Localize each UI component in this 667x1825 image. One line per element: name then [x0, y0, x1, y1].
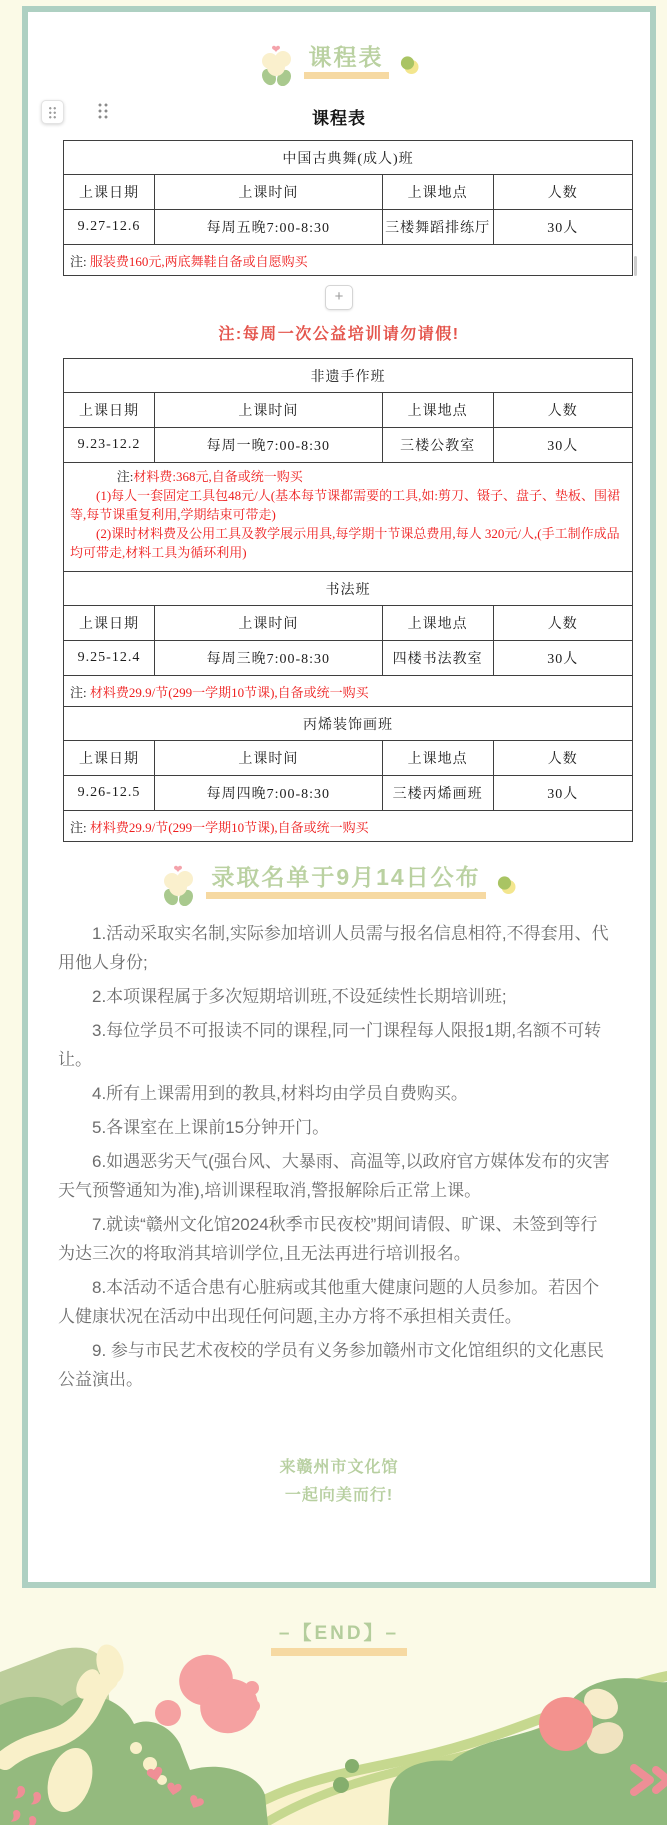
col-header-date: 上课日期	[64, 741, 155, 776]
col-header-count: 人数	[493, 175, 632, 210]
class-date: 9.23-12.2	[64, 428, 155, 463]
col-header-count: 人数	[493, 741, 632, 776]
class-time: 每周五晚7:00-8:30	[155, 210, 383, 245]
rule-item-8: 8.本活动不适合患有心脏病或其他重大健康问题的人员参加。若因个人健康状况在活动中…	[58, 1273, 614, 1331]
closing-line-2: 一起向美而行!	[28, 1482, 650, 1510]
document-title: 课程表	[28, 104, 650, 129]
section-title-schedule: 课程表	[304, 42, 389, 79]
note-extra-2: (2)课时材料费及公用工具及教学展示用具,每学期十节课总费用,每人 320元/人…	[70, 524, 626, 562]
course-table-dance: 中国古典舞(成人)班 上课日期 上课时间 上课地点 人数 9.27-12.6 每…	[63, 140, 633, 276]
table-row: 上课日期 上课时间 上课地点 人数	[64, 741, 633, 776]
class-date: 9.25-12.4	[64, 641, 155, 676]
table-row: 注: 材料费29.9/节(299一学期10节课),自备或统一购买	[64, 811, 633, 842]
class-place: 三楼公教室	[382, 428, 493, 463]
note-text: 材料费29.9/节(299一学期10节课),自备或统一购买	[90, 820, 369, 835]
class-time: 每周三晚7:00-8:30	[155, 641, 383, 676]
class-place: 三楼舞蹈排练厅	[382, 210, 493, 245]
col-header-date: 上课日期	[64, 393, 155, 428]
class-place: 四楼书法教室	[382, 641, 493, 676]
table-row: 注:材料费:368元,自备或统一购买 (1)每人一套固定工具包48元/人(基本每…	[64, 463, 633, 572]
decorated-heading-schedule: 课程表	[28, 12, 650, 91]
drag-handle-icon[interactable]	[97, 102, 109, 119]
class-date: 9.26-12.5	[64, 776, 155, 811]
table-row: 非遗手作班	[64, 359, 633, 393]
section-title-admission: 录取名单于9月14日公布	[206, 862, 485, 899]
weekly-notice: 注:每周一次公益培训请勿请假!	[28, 321, 650, 344]
table-row: 9.25-12.4 每周三晚7:00-8:30 四楼书法教室 30人	[64, 641, 633, 676]
note-label: 注:	[70, 254, 87, 269]
course-table-multi: 非遗手作班 上课日期 上课时间 上课地点 人数 9.23-12.2 每周一晚7:…	[63, 358, 633, 842]
class-title: 非遗手作班	[64, 359, 633, 393]
col-header-time: 上课时间	[155, 175, 383, 210]
scrollbar-thumb[interactable]	[634, 256, 637, 276]
footer-illustration	[0, 1588, 667, 1825]
table-row: 中国古典舞(成人)班	[64, 141, 633, 175]
note-extra-1: (1)每人一套固定工具包48元/人(基本每节课都需要的工具,如:剪刀、镊子、盘子…	[70, 486, 626, 524]
class-note: 注:材料费:368元,自备或统一购买 (1)每人一套固定工具包48元/人(基本每…	[64, 463, 633, 572]
class-time: 每周四晚7:00-8:30	[155, 776, 383, 811]
class-title: 丙烯装饰画班	[64, 707, 633, 741]
drag-handle-button[interactable]	[41, 100, 64, 124]
rule-item-5: 5.各课室在上课前15分钟开门。	[58, 1113, 614, 1142]
note-label: 注:	[117, 469, 134, 484]
table-row: 9.27-12.6 每周五晚7:00-8:30 三楼舞蹈排练厅 30人	[64, 210, 633, 245]
class-note: 注: 材料费29.9/节(299一学期10节课),自备或统一购买	[64, 676, 633, 707]
table-row: 上课日期 上课时间 上课地点 人数	[64, 393, 633, 428]
rule-item-7: 7.就读“赣州文化馆2024秋季市民夜校”期间请假、旷课、未签到等行为达三次的将…	[58, 1210, 614, 1268]
note-text: 材料费29.9/节(299一学期10节课),自备或统一购买	[90, 685, 369, 700]
col-header-place: 上课地点	[382, 606, 493, 641]
class-title: 中国古典舞(成人)班	[64, 141, 633, 175]
col-header-date: 上课日期	[64, 606, 155, 641]
class-title: 书法班	[64, 572, 633, 606]
rule-item-6: 6.如遇恶劣天气(强台风、大暴雨、高温等,以政府官方媒体发布的灾害天气预警通知为…	[58, 1147, 614, 1205]
note-label: 注:	[70, 685, 87, 700]
col-header-date: 上课日期	[64, 175, 155, 210]
class-time: 每周一晚7:00-8:30	[155, 428, 383, 463]
table-row: 注: 材料费29.9/节(299一学期10节课),自备或统一购买	[64, 676, 633, 707]
table-row: 9.23-12.2 每周一晚7:00-8:30 三楼公教室 30人	[64, 428, 633, 463]
rule-item-1: 1.活动采取实名制,实际参加培训人员需与报名信息相符,不得套用、代用他人身份;	[58, 919, 614, 977]
drag-dots-icon	[48, 106, 57, 119]
article-page: 课程表 课程表 中国古典舞(成人)班	[0, 0, 667, 1825]
note-text: 服装费160元,两底舞鞋自备或自愿购买	[90, 254, 308, 269]
class-count: 30人	[493, 210, 632, 245]
dot-icon	[398, 54, 420, 81]
col-header-count: 人数	[493, 393, 632, 428]
col-header-place: 上课地点	[382, 175, 493, 210]
decorated-heading-admission: 录取名单于9月14日公布	[28, 842, 650, 911]
class-date: 9.27-12.6	[64, 210, 155, 245]
class-count: 30人	[493, 641, 632, 676]
note-text: 材料费:368元,自备或统一购买	[133, 469, 302, 484]
rules-list: 1.活动采取实名制,实际参加培训人员需与报名信息相符,不得套用、代用他人身份; …	[58, 919, 614, 1394]
class-note: 注: 服装费160元,两底舞鞋自备或自愿购买	[64, 245, 633, 276]
rule-item-3: 3.每位学员不可报读不同的课程,同一门课程每人限报1期,名额不可转让。	[58, 1016, 614, 1074]
table-row: 书法班	[64, 572, 633, 606]
col-header-time: 上课时间	[155, 741, 383, 776]
col-header-count: 人数	[493, 606, 632, 641]
table-row: 注: 服装费160元,两底舞鞋自备或自愿购买	[64, 245, 633, 276]
rule-item-2: 2.本项课程属于多次短期培训班,不设延续性长期培训班;	[58, 982, 614, 1011]
class-note: 注: 材料费29.9/节(299一学期10节课),自备或统一购买	[64, 811, 633, 842]
content-card: 课程表 课程表 中国古典舞(成人)班	[22, 6, 656, 1588]
col-header-place: 上课地点	[382, 741, 493, 776]
class-count: 30人	[493, 428, 632, 463]
closing-line-1: 来赣州市文化馆	[28, 1454, 650, 1482]
flower-icon	[161, 864, 197, 911]
col-header-place: 上课地点	[382, 393, 493, 428]
class-place: 三楼丙烯画班	[382, 776, 493, 811]
table-row: 丙烯装饰画班	[64, 707, 633, 741]
rule-item-4: 4.所有上课需用到的教具,材料均由学员自费购买。	[58, 1079, 614, 1108]
col-header-time: 上课时间	[155, 606, 383, 641]
dot-icon	[495, 874, 517, 901]
table-row: 上课日期 上课时间 上课地点 人数	[64, 606, 633, 641]
table-row: 9.26-12.5 每周四晚7:00-8:30 三楼丙烯画班 30人	[64, 776, 633, 811]
closing-lines: 来赣州市文化馆 一起向美而行!	[28, 1454, 650, 1510]
note-label: 注:	[70, 820, 87, 835]
class-count: 30人	[493, 776, 632, 811]
flower-icon	[259, 44, 295, 91]
rule-item-9: 9. 参与市民艺术夜校的学员有义务参加赣州市文化馆组织的文化惠民公益演出。	[58, 1336, 614, 1394]
col-header-time: 上课时间	[155, 393, 383, 428]
add-block-button[interactable]: +	[325, 285, 353, 310]
table-row: 上课日期 上课时间 上课地点 人数	[64, 175, 633, 210]
